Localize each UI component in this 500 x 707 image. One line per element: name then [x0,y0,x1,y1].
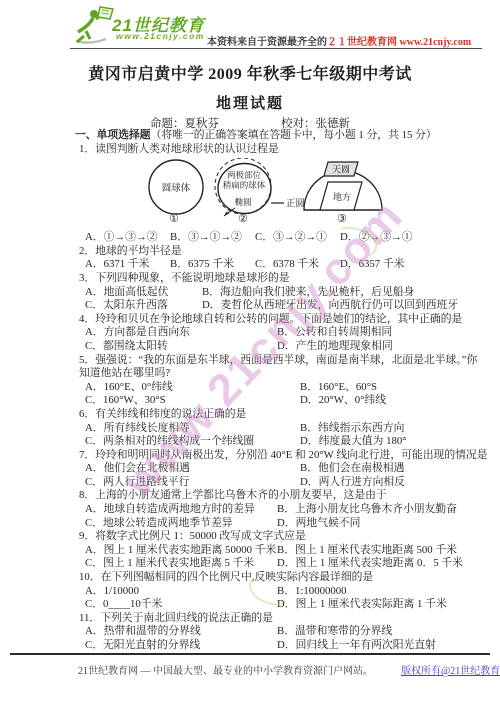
option-c: C．太阳东升西落 [85,299,202,313]
question-number: 11． [79,612,100,624]
question-number: 7． [79,449,95,461]
question-2: 2．地球的平均半径是 A．6371 千米 B．6375 千米 C．6378 千米… [75,245,486,272]
option-b: B．温带和寒带的分界线 [277,625,486,639]
option-a: A．地球自转造成两地地方时的差异 [85,503,277,517]
question-9-stem: 9．将数字式比例尺 1：50000 改写成文字式应是 [75,530,486,544]
question-4: 4．玲玲和贝贝在争论地球自转和公转的问题。下面是她们的结论，其中正确的是 A．方… [75,313,486,354]
option-d: D．②→③→① [340,231,486,245]
option-b: B．1:10000000 [277,585,486,599]
stem-text: 下列四种现象，不能说明地球是球形的是 [95,272,289,284]
stem-text: 上海的小朋友通常上学都比乌鲁木齐的小朋友要早，这是由于 [95,489,387,501]
ellipse-label: 椭圆 [234,197,251,207]
option-b: B．海边船向我们驶来，先见桅杆，后见船身 [202,286,486,300]
question-6: 6．有关纬线和纬度的说法正确的是 A．所有纬线长度相等 B．纬线指示东西方向 C… [75,408,486,449]
figure-caption-2: ② [238,213,248,227]
option-c-line-scale: C．0____10千米 [85,598,277,612]
option-a: A．图上 1 厘米代表实地距离 50000 千米 [85,544,277,558]
notice-prefix: 本资料来自于资源最齐全的 [207,37,327,48]
question-1-options: A．①→③→② B．③→①→② C．③→②→① D．②→③→① [85,231,486,245]
option-a: A．6371 千米 [85,258,170,272]
question-4-stem: 4．玲玲和贝贝在争论地球自转和公转的问题。下面是她们的结论，其中正确的是 [75,313,486,327]
option-a: A．他们会在北极相遇 [85,462,300,476]
stem-text: 读图判断人类对地球形状的认识过程是 [95,143,279,155]
option-b: B．上海小朋友比乌鲁木齐小朋友勤奋 [277,503,486,517]
footer: 21世纪教育网 — 中国最大型、最专业的中小学教育资源门户网站。版权所有@21世… [78,662,490,677]
figure-caption-1: ① [169,213,179,227]
question-3: 3．下列四种现象，不能说明地球是球形的是 A．地面高低起伏 B．海边船向我们驶来… [75,272,486,313]
question-number: 8． [79,489,95,501]
option-d: D．两人行进方向相反 [300,476,486,490]
option-b: B．③→①→② [170,231,255,245]
option-c: C．160°W、30°S [85,394,300,408]
question-5: 5．强强说：“我的东面是东半球，西面是西半球，南面是南半球，北面是北半球。”你知… [75,354,486,408]
header-notice: 本资料来自于资源最齐全的２１世纪教育网 www.21cnjy.com [207,33,471,48]
option-d: D．两地气候不同 [277,517,486,531]
question-7: 7．玲玲和明明同时从南极出发，分别沿 40°E 和 20°W 线向北行进，可能出… [75,449,486,490]
runner-logo-icon [70,5,114,47]
stem-text: 强强说：“我的东面是东半球，西面是西半球，南面是南半球，北面是北半球。”你知道他… [79,354,477,380]
exam-paper-page: 21世纪教育 www.21cnjy.com 本资料来自于资源最齐全的２１世纪教育… [0,0,500,707]
question-number: 9． [79,530,95,542]
question-11: 11．下列关于南北回归线的说法正确的是 A．热带和温带的分界线 B．温带和寒带的… [75,612,486,653]
square-earth-label: 地方 [333,191,351,202]
option-b: B．纬线指示东西方向 [300,422,486,436]
option-c: C．两条相对的纬线构成一个纬线圈 [85,435,300,449]
header-rule [70,48,482,49]
question-11-options: A．热带和温带的分界线 B．温带和寒带的分界线 C．无阳光直射的分界线 D．回归… [85,625,486,652]
question-1-stem: 1．读图判断人类对地球形状的认识过程是 [75,143,486,157]
stem-text: 玲玲和明明同时从南极出发，分别沿 40°E 和 20°W 线向北行进，可能出现的… [95,449,487,461]
option-c: C．③→②→① [255,231,340,245]
question-8: 8．上海的小朋友通常上学都比乌鲁木齐的小朋友要早，这是由于 A．地球自转造成两地… [75,489,486,530]
question-number: 5． [79,354,95,366]
stem-text: 地球的平均半径是 [95,245,181,257]
question-6-stem: 6．有关纬线和纬度的说法正确的是 [75,408,486,422]
option-b: B．他们会在南极相遇 [300,462,486,476]
stem-text: 在下列图幅相同的四个比例尺中,反映实际内容最详细的是 [101,571,374,583]
question-number: 10． [79,571,101,583]
exam-subject: 地理试题 [0,92,500,113]
option-c: C．地球公转造成两地季节差异 [85,517,277,531]
section-title: 一、单项选择题 [75,129,151,141]
option-a: A．所有纬线长度相等 [85,422,300,436]
stem-text: 将数字式比例尺 1：50000 改写成文字式应是 [95,530,306,542]
sphere-label: 圆球体 [162,182,191,194]
stem-text: 有关纬线和纬度的说法正确的是 [95,408,246,420]
question-5-options: A．160°E、0°纬线 B．160°E、60°S C．160°W、30°S D… [85,381,486,408]
question-7-stem: 7．玲玲和明明同时从南极出发，分别沿 40°E 和 20°W 线向北行进，可能出… [75,449,486,463]
option-a: A．①→③→② [85,231,170,245]
question-number: 1． [79,143,95,155]
question-5-stem: 5．强强说：“我的东面是东半球，西面是西半球，南面是南半球，北面是北半球。”你知… [75,354,486,381]
option-a: A．热带和温带的分界线 [85,625,277,639]
section-heading: 一、单项选择题（将唯一的正确答案填在答题卡中，每小题 1 分，共 15 分） [75,129,486,143]
footer-text: 21世纪教育网 — 中国最大型、最专业的中小学教育资源门户网站。 [78,666,373,677]
question-8-stem: 8．上海的小朋友通常上学都比乌鲁木齐的小朋友要早，这是由于 [75,489,486,503]
option-c: C．图上 1 厘米代表实地距离 5 千米 [85,557,277,571]
option-b: B．公转和自转周期相同 [277,326,486,340]
figure-caption-3: ③ [337,213,347,227]
question-4-options: A．方向都是自西向东 B．公转和自转周期相同 C．都围绕太阳转 D．产生的地理现… [85,326,486,353]
option-d: D．回归线上一年有两次阳光直射 [277,639,486,653]
section-note: （将唯一的正确答案填在答题卡中，每小题 1 分，共 15 分） [151,129,437,141]
option-c: C．都围绕太阳转 [85,340,277,354]
question-1: 1．读图判断人类对地球形状的认识过程是 圆球体 两极部位 稍扁的球体 椭圆 正圆 [75,143,486,245]
question-3-stem: 3．下列四种现象，不能说明地球是球形的是 [75,272,486,286]
option-b: B．160°E、60°S [300,381,486,395]
option-d: D．纬度最大值为 180° [300,435,486,449]
oblate-label-line2: 稍扁的球体 [223,180,266,190]
option-d: D．20°W、0°纬线 [300,394,486,408]
site-logo[interactable]: 21世纪教育 www.21cnjy.com [70,5,210,47]
question-10-options: A．1/10000 B．1:10000000 C．0____10千米 D．图上 … [85,585,486,612]
notice-link[interactable]: ２１世纪教育网 www.21cnjy.com [327,37,471,48]
question-11-stem: 11．下列关于南北回归线的说法正确的是 [75,612,486,626]
question-7-options: A．他们会在北极相遇 B．他们会在南极相遇 C．两人行进路线平行 D．两人行进方… [85,462,486,489]
earth-shape-figure: 圆球体 两极部位 稍扁的球体 椭圆 正圆 天圆 [75,158,486,230]
sphere-diagram: 圆球体 [147,158,205,216]
option-b: B．图上 1 厘米代表实地距离 500 千米 [277,544,486,558]
dome-earth-diagram: 天圆 地方 [300,158,386,214]
footer-rule [10,653,490,655]
question-number: 3． [79,272,95,284]
question-number: 4． [79,313,95,325]
question-10: 10．在下列图幅相同的四个比例尺中,反映实际内容最详细的是 A．1/10000 … [75,571,486,612]
question-number: 6． [79,408,95,420]
option-b: B．6375 千米 [170,258,255,272]
option-a: A．方向都是自西向东 [85,326,277,340]
round-sky-label: 天圆 [332,165,350,175]
question-number: 2． [79,245,95,257]
option-d: D．图上 1 厘米代表实地距离 0．5 千米 [277,557,486,571]
option-d: D．产生的地理现象相同 [277,340,486,354]
oblate-label-line1: 两极部位 [227,170,262,180]
option-d: D．麦哲伦从西班牙出发，向西航行仍可以回到西班牙 [202,299,486,313]
question-9: 9．将数字式比例尺 1：50000 改写成文字式应是 A．图上 1 厘米代表实地… [75,530,486,571]
option-d: D．图上 1 厘米代表实际距离 1 千米 [277,598,486,612]
question-8-options: A．地球自转造成两地地方时的差异 B．上海小朋友比乌鲁木齐小朋友勤奋 C．地球公… [85,503,486,530]
logo-site-text: www.21cnjy.com [116,31,205,41]
option-a: A．160°E、0°纬线 [85,381,300,395]
option-a: A．地面高低起伏 [85,286,202,300]
copyright-link[interactable]: 版权所有@21世纪教育网 [401,666,500,677]
exam-title: 黄冈市启黄中学 2009 年秋季七年级期中考试 [0,61,500,84]
question-6-options: A．所有纬线长度相等 B．纬线指示东西方向 C．两条相对的纬线构成一个纬线圈 D… [85,422,486,449]
stem-text: 下列关于南北回归线的说法正确的是 [100,612,273,624]
question-3-options: A．地面高低起伏 B．海边船向我们驶来，先见桅杆，后见船身 C．太阳东升西落 D… [85,286,486,313]
option-c: C．两人行进路线平行 [85,476,300,490]
question-list: 一、单项选择题（将唯一的正确答案填在答题卡中，每小题 1 分，共 15 分） 1… [75,129,486,653]
option-c: C．6378 千米 [255,258,340,272]
question-2-options: A．6371 千米 B．6375 千米 C．6378 千米 D．6357 千米 [85,258,486,272]
option-c: C．无阳光直射的分界线 [85,639,277,653]
question-10-stem: 10．在下列图幅相同的四个比例尺中,反映实际内容最详细的是 [75,571,486,585]
option-a: A．1/10000 [85,585,277,599]
question-9-options: A．图上 1 厘米代表实地距离 50000 千米 B．图上 1 厘米代表实地距离… [85,544,486,571]
stem-text: 玲玲和贝贝在争论地球自转和公转的问题。下面是她们的结论，其中正确的是 [95,313,462,325]
option-d: D．6357 千米 [340,258,486,272]
oblate-spheroid-diagram: 两极部位 稍扁的球体 椭圆 正圆 [210,158,314,222]
question-2-stem: 2．地球的平均半径是 [75,245,486,259]
